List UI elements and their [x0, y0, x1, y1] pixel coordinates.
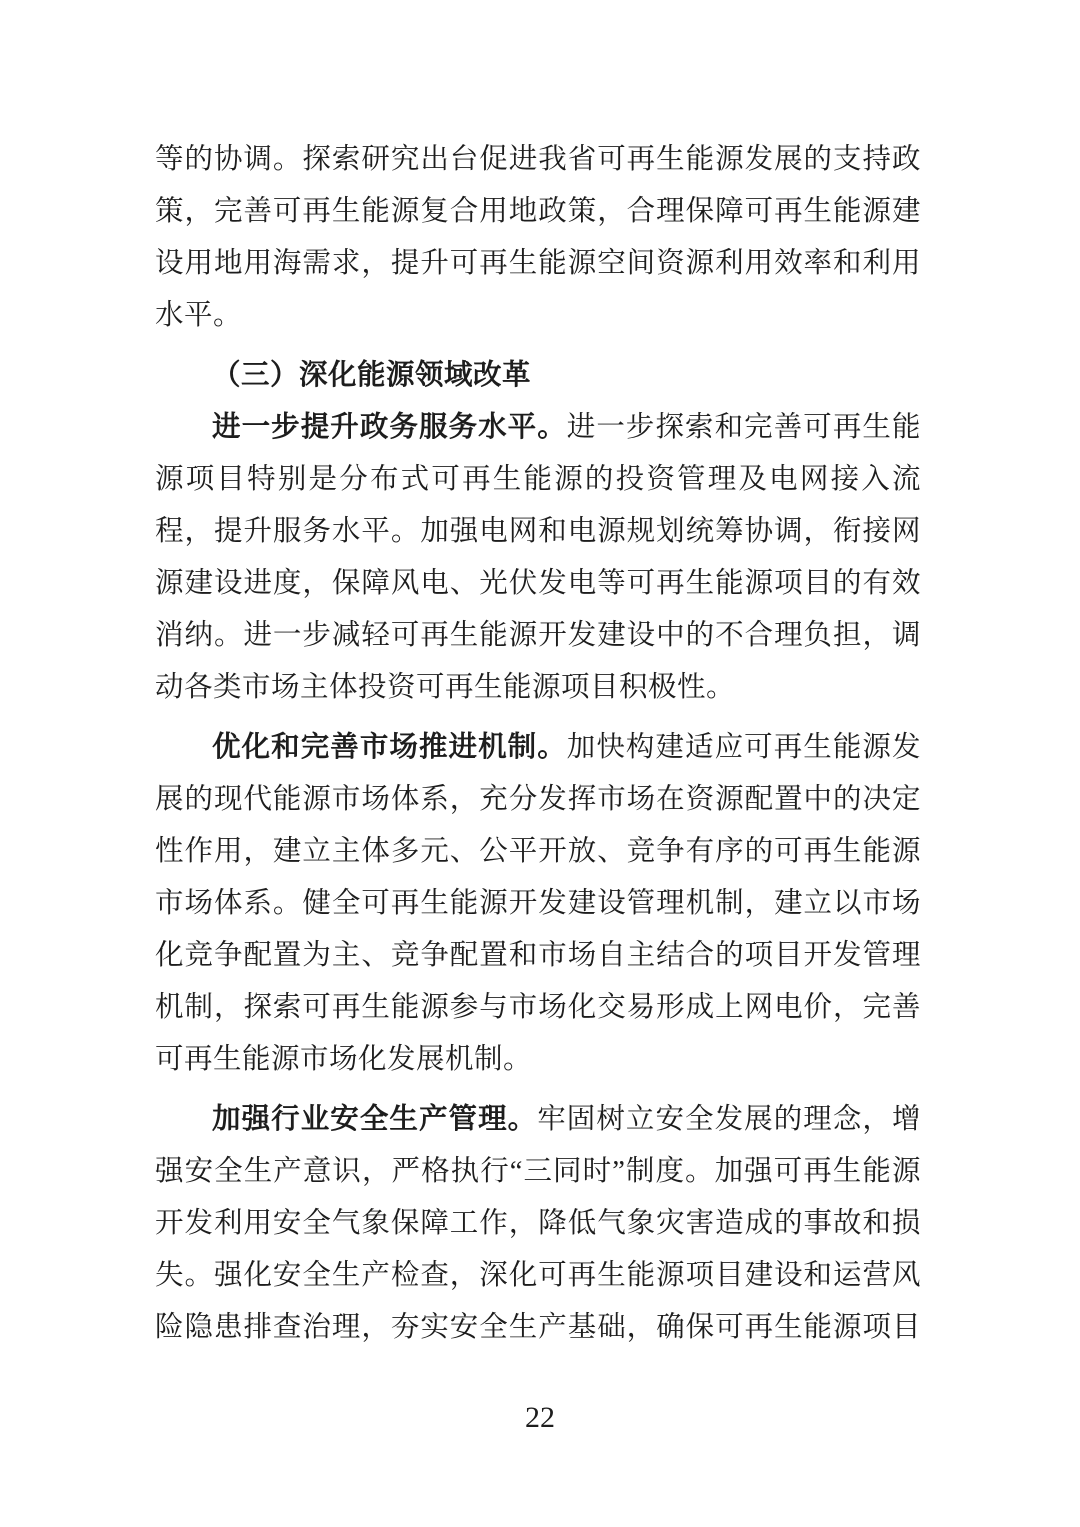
- section-heading: （三）深化能源领域改革: [155, 350, 921, 402]
- paragraph-lead: 进一步提升政务服务水平。: [212, 412, 567, 443]
- paragraph-line: 水平。: [155, 290, 921, 342]
- paragraph-line: 强安全生产意识，严格执行“三同时”制度。加强可再生能源: [155, 1146, 921, 1198]
- paragraph-text: 进一步探索和完善可再生能: [567, 412, 921, 443]
- paragraph-line: 市场体系。健全可再生能源开发建设管理机制，建立以市场: [155, 878, 921, 930]
- paragraph-text: 加快构建适应可再生能源发: [567, 732, 921, 763]
- document-page: 等的协调。探索研究出台促进我省可再生能源发展的支持政 策，完善可再生能源复合用地…: [0, 0, 1080, 1527]
- paragraph-line: 失。强化安全生产检查，深化可再生能源项目建设和运营风: [155, 1250, 921, 1302]
- paragraph-lead: 加强行业安全生产管理。: [212, 1104, 537, 1135]
- paragraph-line: 优化和完善市场推进机制。加快构建适应可再生能源发: [155, 722, 921, 774]
- paragraph-line: 可再生能源市场化发展机制。: [155, 1034, 921, 1086]
- paragraph-line: 消纳。进一步减轻可再生能源开发建设中的不合理负担，调: [155, 610, 921, 662]
- paragraph-line: 程，提升服务水平。加强电网和电源规划统筹协调，衔接网: [155, 506, 921, 558]
- paragraph-line: 源项目特别是分布式可再生能源的投资管理及电网接入流: [155, 454, 921, 506]
- paragraph-line: 化竞争配置为主、竞争配置和市场自主结合的项目开发管理: [155, 930, 921, 982]
- paragraph-lead: 优化和完善市场推进机制。: [212, 732, 567, 763]
- paragraph-line: 设用地用海需求，提升可再生能源空间资源利用效率和利用: [155, 238, 921, 290]
- paragraph-line: 源建设进度，保障风电、光伏发电等可再生能源项目的有效: [155, 558, 921, 610]
- paragraph-text: 牢固树立安全发展的理念，增: [537, 1104, 921, 1135]
- paragraph-line: 展的现代能源市场体系，充分发挥市场在资源配置中的决定: [155, 774, 921, 826]
- paragraph-line: 进一步提升政务服务水平。进一步探索和完善可再生能: [155, 402, 921, 454]
- page-number: 22: [0, 1398, 1080, 1438]
- paragraph-line: 开发利用安全气象保障工作，降低气象灾害造成的事故和损: [155, 1198, 921, 1250]
- paragraph-line: 险隐患排查治理，夯实安全生产基础，确保可再生能源项目: [155, 1302, 921, 1354]
- paragraph-line: 等的协调。探索研究出台促进我省可再生能源发展的支持政: [155, 134, 921, 186]
- paragraph-line: 性作用，建立主体多元、公平开放、竞争有序的可再生能源: [155, 826, 921, 878]
- document-body: 等的协调。探索研究出台促进我省可再生能源发展的支持政 策，完善可再生能源复合用地…: [155, 134, 921, 1354]
- paragraph-line: 策，完善可再生能源复合用地政策，合理保障可再生能源建: [155, 186, 921, 238]
- paragraph-line: 机制，探索可再生能源参与市场化交易形成上网电价，完善: [155, 982, 921, 1034]
- paragraph-line: 加强行业安全生产管理。牢固树立安全发展的理念，增: [155, 1094, 921, 1146]
- paragraph-line: 动各类市场主体投资可再生能源项目积极性。: [155, 662, 921, 714]
